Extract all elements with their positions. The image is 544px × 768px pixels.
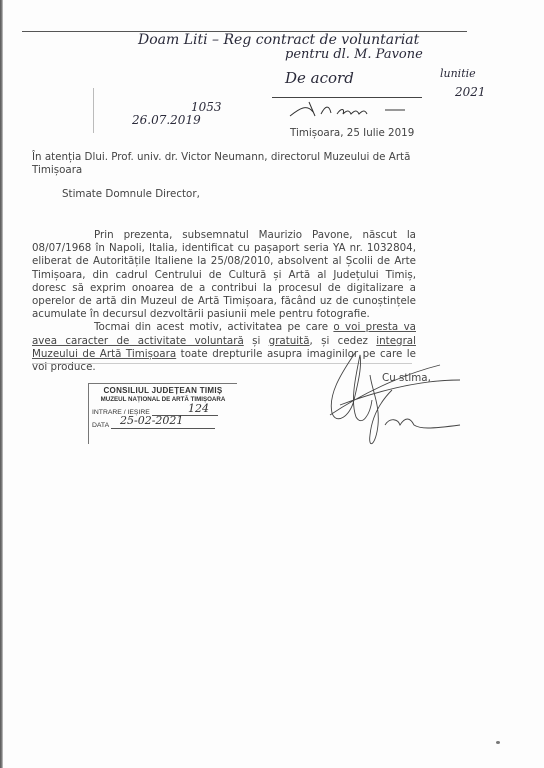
addressee: În atenția Dlui. Prof. univ. dr. Victor … xyxy=(32,151,452,177)
registry-number: 1053 xyxy=(191,100,222,114)
addressee-text: În atenția Dlui. Prof. univ. dr. Victor … xyxy=(32,151,410,176)
margin-mark xyxy=(93,88,94,133)
place-date: Timișoara, 25 Iulie 2019 xyxy=(290,127,414,140)
stamp-date-row: DATA 25-02-2021 xyxy=(92,422,237,429)
director-signature-icon xyxy=(285,98,425,120)
stamp-entry-value: 124 xyxy=(188,402,209,415)
registry-date: 26.07.2019 xyxy=(132,113,201,127)
sender-signature-icon xyxy=(310,345,480,455)
registry-stamp: CONSILIUL JUDEȚEAN TIMIȘ MUZEUL NAȚIONAL… xyxy=(88,383,237,444)
stamp-date-value: 25-02-2021 xyxy=(120,414,183,427)
paragraph-1: Prin prezenta, subsemnatul Maurizio Pavo… xyxy=(32,229,416,321)
handwritten-resolution-line2: pentru dl. M. Pavone xyxy=(285,47,423,62)
stamp-county-council: CONSILIUL JUDEȚEAN TIMIȘ xyxy=(89,386,237,395)
stamp-museum-name: MUZEUL NAȚIONAL DE ARTĂ TIMIȘOARA xyxy=(89,396,237,403)
handwritten-resolution-line1: Doam Liti – Reg contract de voluntariat xyxy=(138,32,419,48)
handwritten-approval: De acord xyxy=(285,69,354,87)
handwritten-date-month: lunitie xyxy=(440,67,476,80)
handwritten-date-year: 2021 xyxy=(455,85,486,99)
salutation: Stimate Domnule Director, xyxy=(62,188,200,201)
scan-speck xyxy=(496,741,500,744)
stamp-date-label: DATA xyxy=(92,422,109,429)
underlined-free: gratuită xyxy=(269,335,310,347)
scan-edge xyxy=(0,0,3,768)
